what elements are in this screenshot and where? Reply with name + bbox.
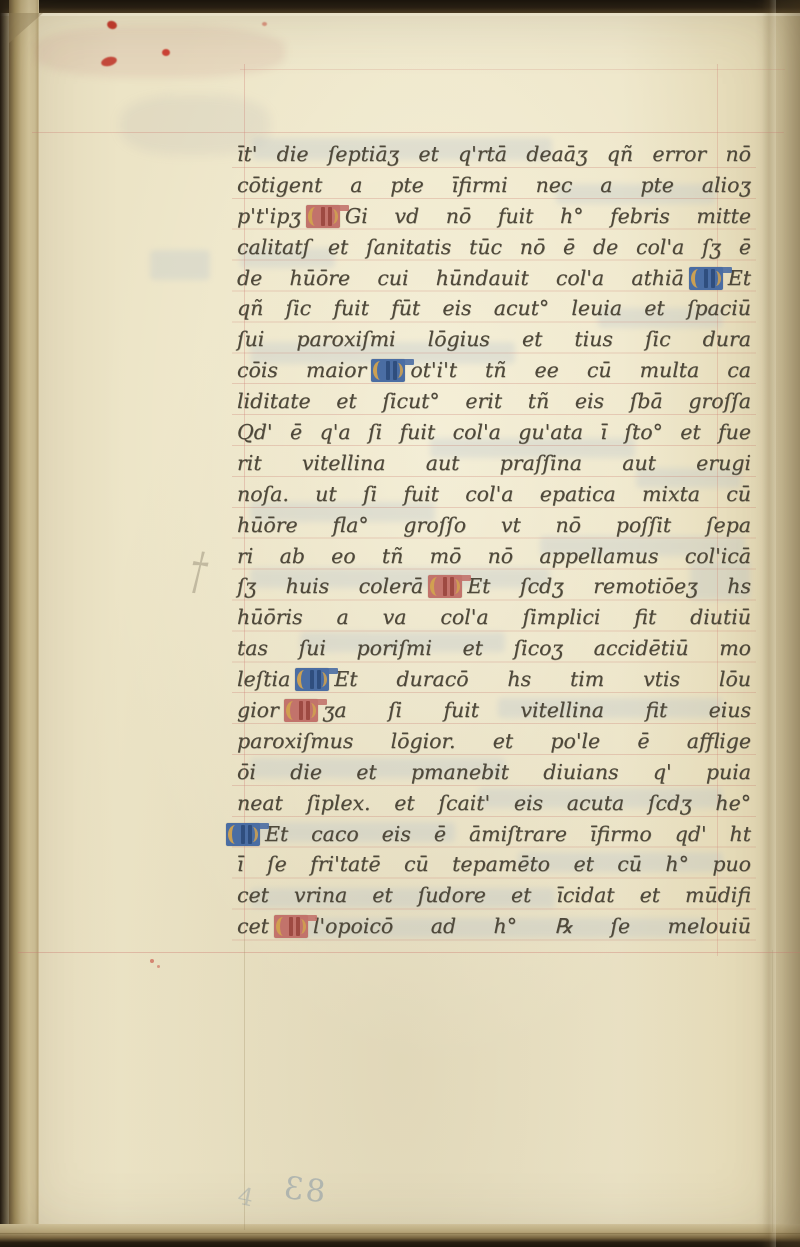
show-through-smudge [150,250,210,280]
paraph-bar [241,825,245,844]
binding-gutter [0,0,9,1247]
text-line: leſtiaEt duracō hs tim vtis lōu [237,664,751,695]
text-line: paroxiſmus lōgior. et po'le ē afflige [237,726,751,757]
manuscript-text: Et duracō hs tim vtis lōu [334,667,751,691]
text-lines: īt' die ſeptiāʒ et q'rtā deaāʒ qñ error … [232,139,756,942]
red-ink-spot [162,49,170,56]
text-line: tas ſui poriſmi et ſicoʒ accidētiū mo [237,633,751,664]
text-line: neat ſiplex. et ſcait' eis acuta ſcdʒ he… [237,788,751,819]
text-line: liditate et ſicut° erit tñ eis ſbā groſſ… [237,386,751,417]
gold-flourish [392,363,403,378]
manuscript-text: Qd' ē q'a ſi fuit col'a gu'ata ī ſto° et… [237,420,751,444]
text-line: calitatſ et ſanitatis tūc nō ē de col'a … [237,232,751,263]
text-line: hūōre fla° groſſo vt nō poſſit ſepa [237,510,751,541]
stacked-page-edges-bottom [0,1224,800,1247]
paraph-bar [289,917,293,936]
manuscript-text: noſa. ut ſi fuit col'a epatica mixta cū [237,482,751,506]
red-ink-dot [157,965,160,968]
manuscript-text: p't'ipʒ [237,204,301,228]
paraph-bar [299,701,303,720]
text-line: cōis maiorot'i't tñ ee cū multa ca [237,355,751,386]
manuscript-text: hūōris a va col'a ſimplici fit diutiū [237,605,751,629]
manuscript-text: qñ ſic fuit fūt eis acut° leuia et ſpaci… [237,296,751,320]
page-bottom-seam [0,1233,800,1234]
paraph-bar [443,577,447,596]
manuscript-text: rit vitellina aut praſſina aut erugi [237,451,751,475]
manuscript-text: cōtigent a pte īfirmi nec a pte alioʒ [237,173,751,197]
page-crease [762,0,776,1247]
red-ink-dot [150,959,154,963]
page-top-seam [0,13,800,16]
text-line: cetl'opoicō ad h° ℞ ſe melouiū [237,911,751,942]
ruling-line-horizontal [240,69,785,70]
gold-flourish [710,271,721,286]
gold-flourish [247,827,258,842]
manuscript-photo: īt' die ſeptiāʒ et q'rtā deaāʒ qñ error … [0,0,800,1247]
manuscript-text: de hūōre cui hūndauit col'a athiā [237,266,684,290]
paraph-mark-red [284,699,318,722]
manuscript-text: ōi die et pmanebit diuians q' puia [237,760,751,784]
red-offset-smear [35,26,285,78]
manuscript-text: liditate et ſicut° erit tñ eis ſbā groſſ… [237,389,751,413]
ruling-line-horizontal [18,952,800,953]
paraph-bar [310,670,314,689]
manuscript-text: leſtia [237,667,290,691]
manuscript-text: hūōre fla° groſſo vt nō poſſit ſepa [237,513,751,537]
manuscript-text: calitatſ et ſanitatis tūc nō ē de col'a … [237,235,751,259]
gold-flourish [316,672,327,687]
ruling-line-horizontal [32,132,784,133]
text-line: giorʒa ſi fuit vitellina fit eius [237,695,751,726]
gold-flourish [295,919,306,934]
text-line: Qd' ē q'a ſi fuit col'a gu'ata ī ſto° et… [237,417,751,448]
manuscript-text: Gi vd nō fuit h° febris mitte [345,204,751,228]
text-line: ſʒ huis colerāEt ſcdʒ remotiōeʒ hs [237,571,751,602]
paraph-bar [704,269,708,288]
manuscript-text: ī ſe fri'tatē cū tepamēto et cū h° puo [237,852,751,876]
text-line: de hūōre cui hūndauit col'a athiāEt [237,263,751,294]
paraph-mark-red [306,205,340,228]
text-line: rit vitellina aut praſſina aut erugi [237,448,751,479]
manuscript-text: ri ab eo tñ mō nō appellamus col'icā [237,544,751,568]
red-ink-spot [262,22,267,26]
paraph-mark-blue [226,823,260,846]
gold-flourish [305,703,316,718]
manuscript-text: ʒa ſi fuit vitellina fit eius [323,698,751,722]
manuscript-text: cet [237,914,269,938]
paraph-bar [386,361,390,380]
manuscript-text: īt' die ſeptiāʒ et q'rtā deaāʒ qñ error … [237,142,751,166]
manuscript-text: gior [237,698,279,722]
ruling-line-vertical [772,950,773,1232]
text-line: ī ſe fri'tatē cū tepamēto et cū h° puo [237,849,751,880]
text-line: p't'ipʒGi vd nō fuit h° febris mitte [237,201,751,232]
manuscript-text: l'opoicō ad h° ℞ ſe melouiū [313,914,751,938]
manuscript-text: neat ſiplex. et ſcait' eis acuta ſcdʒ he… [237,791,751,815]
text-line: ōi die et pmanebit diuians q' puia [237,757,751,788]
manuscript-text: paroxiſmus lōgior. et po'le ē afflige [237,729,751,753]
text-line: īt' die ſeptiāʒ et q'rtā deaāʒ qñ error … [237,139,751,170]
gold-flourish [327,209,338,224]
text-line: cet vrina et ſudore et īcidat et mūdifi [237,880,751,911]
paraph-mark-blue [371,359,405,382]
manuscript-text: ſʒ huis colerā [237,574,423,598]
paraph-mark-red [274,915,308,938]
manuscript-text: cet vrina et ſudore et īcidat et mūdifi [237,883,751,907]
text-line: hūōris a va col'a ſimplici fit diutiū [237,602,751,633]
text-line: noſa. ut ſi fuit col'a epatica mixta cū [237,479,751,510]
text-line: qñ ſic fuit fūt eis acut° leuia et ſpaci… [237,293,751,324]
page-corner-fold [9,13,43,43]
manuscript-text: Et ſcdʒ remotiōeʒ hs [467,574,751,598]
paraph-mark-blue [295,668,329,691]
book-top-edge [0,0,800,13]
manuscript-text: tas ſui poriſmi et ſicoʒ accidētiū mo [237,636,751,660]
manuscript-text: ſui paroxiſmi lōgius et tius ſic dura [237,327,751,351]
text-line: ri ab eo tñ mō nō appellamus col'icā [237,541,751,572]
text-line: cōtigent a pte īfirmi nec a pte alioʒ [237,170,751,201]
paraph-mark-red [428,575,462,598]
folio-number-showthrough: 83 [280,1170,327,1210]
paraph-bar [321,207,325,226]
text-line: Et caco eis ē āmiſtrare īfirmo qd' ht [221,819,751,850]
gold-flourish [449,579,460,594]
text-line: ſui paroxiſmi lōgius et tius ſic dura [237,324,751,355]
manuscript-text: Et caco eis ē āmiſtrare īfirmo qd' ht [265,822,751,846]
paraph-mark-blue [689,267,723,290]
manuscript-text: cōis maior [237,358,366,382]
manuscript-text: ot'i't tñ ee cū multa ca [410,358,751,382]
stacked-page-edges-left [9,0,39,1247]
